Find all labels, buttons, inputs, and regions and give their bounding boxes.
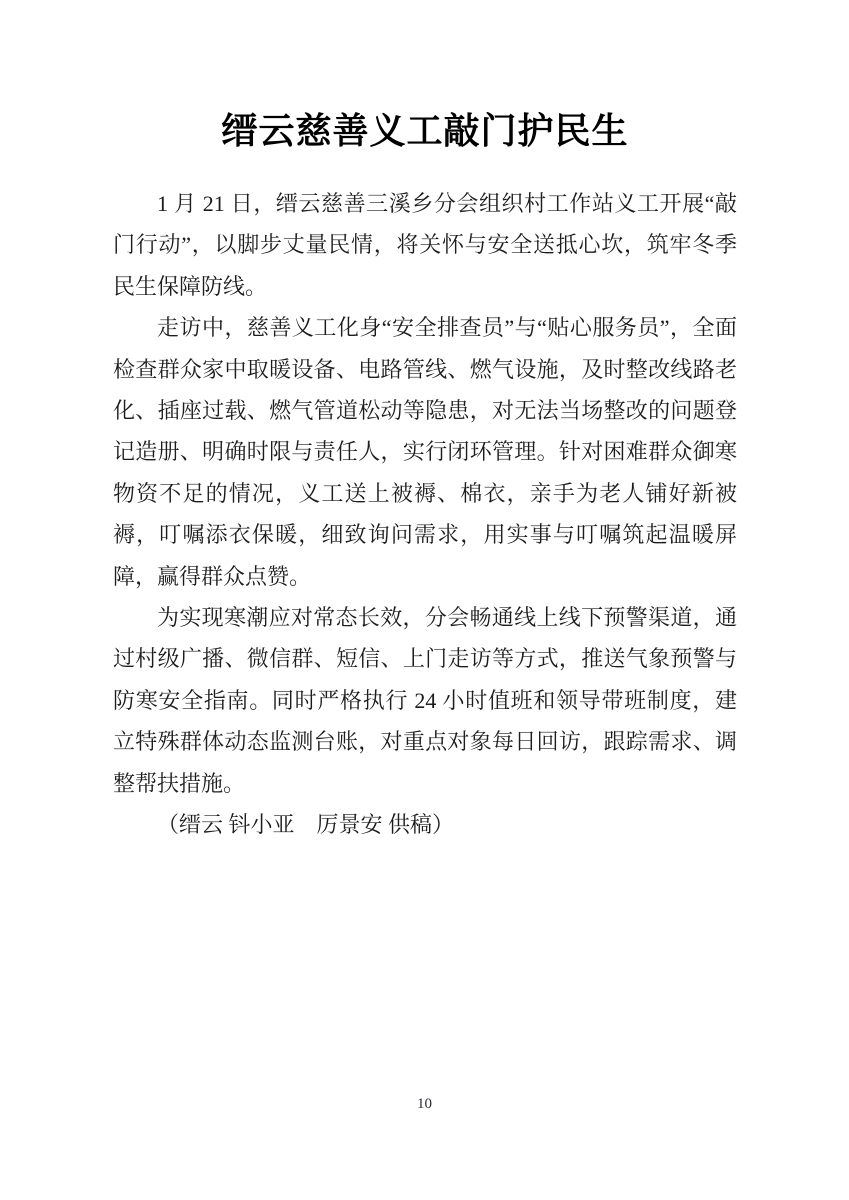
article-body: 1 月 21 日，缙云慈善三溪乡分会组织村工作站义工开展“敲门行动”，以脚步丈量… bbox=[113, 183, 737, 846]
document-content: 缙云慈善义工敲门护民生 1 月 21 日，缙云慈善三溪乡分会组织村工作站义工开展… bbox=[113, 0, 737, 846]
document-page: 缙云慈善义工敲门护民生 1 月 21 日，缙云慈善三溪乡分会组织村工作站义工开展… bbox=[0, 0, 849, 1200]
paragraph-1: 1 月 21 日，缙云慈善三溪乡分会组织村工作站义工开展“敲门行动”，以脚步丈量… bbox=[113, 183, 737, 307]
byline: （缙云 钭小亚 厉景安 供稿） bbox=[113, 804, 737, 845]
document-title: 缙云慈善义工敲门护民生 bbox=[113, 0, 737, 156]
paragraph-3: 为实现寒潮应对常态长效，分会畅通线上线下预警渠道，通过村级广播、微信群、短信、上… bbox=[113, 597, 737, 804]
paragraph-2: 走访中，慈善义工化身“安全排查员”与“贴心服务员”，全面检查群众家中取暖设备、电… bbox=[113, 307, 737, 597]
page-number: 10 bbox=[0, 1096, 849, 1113]
